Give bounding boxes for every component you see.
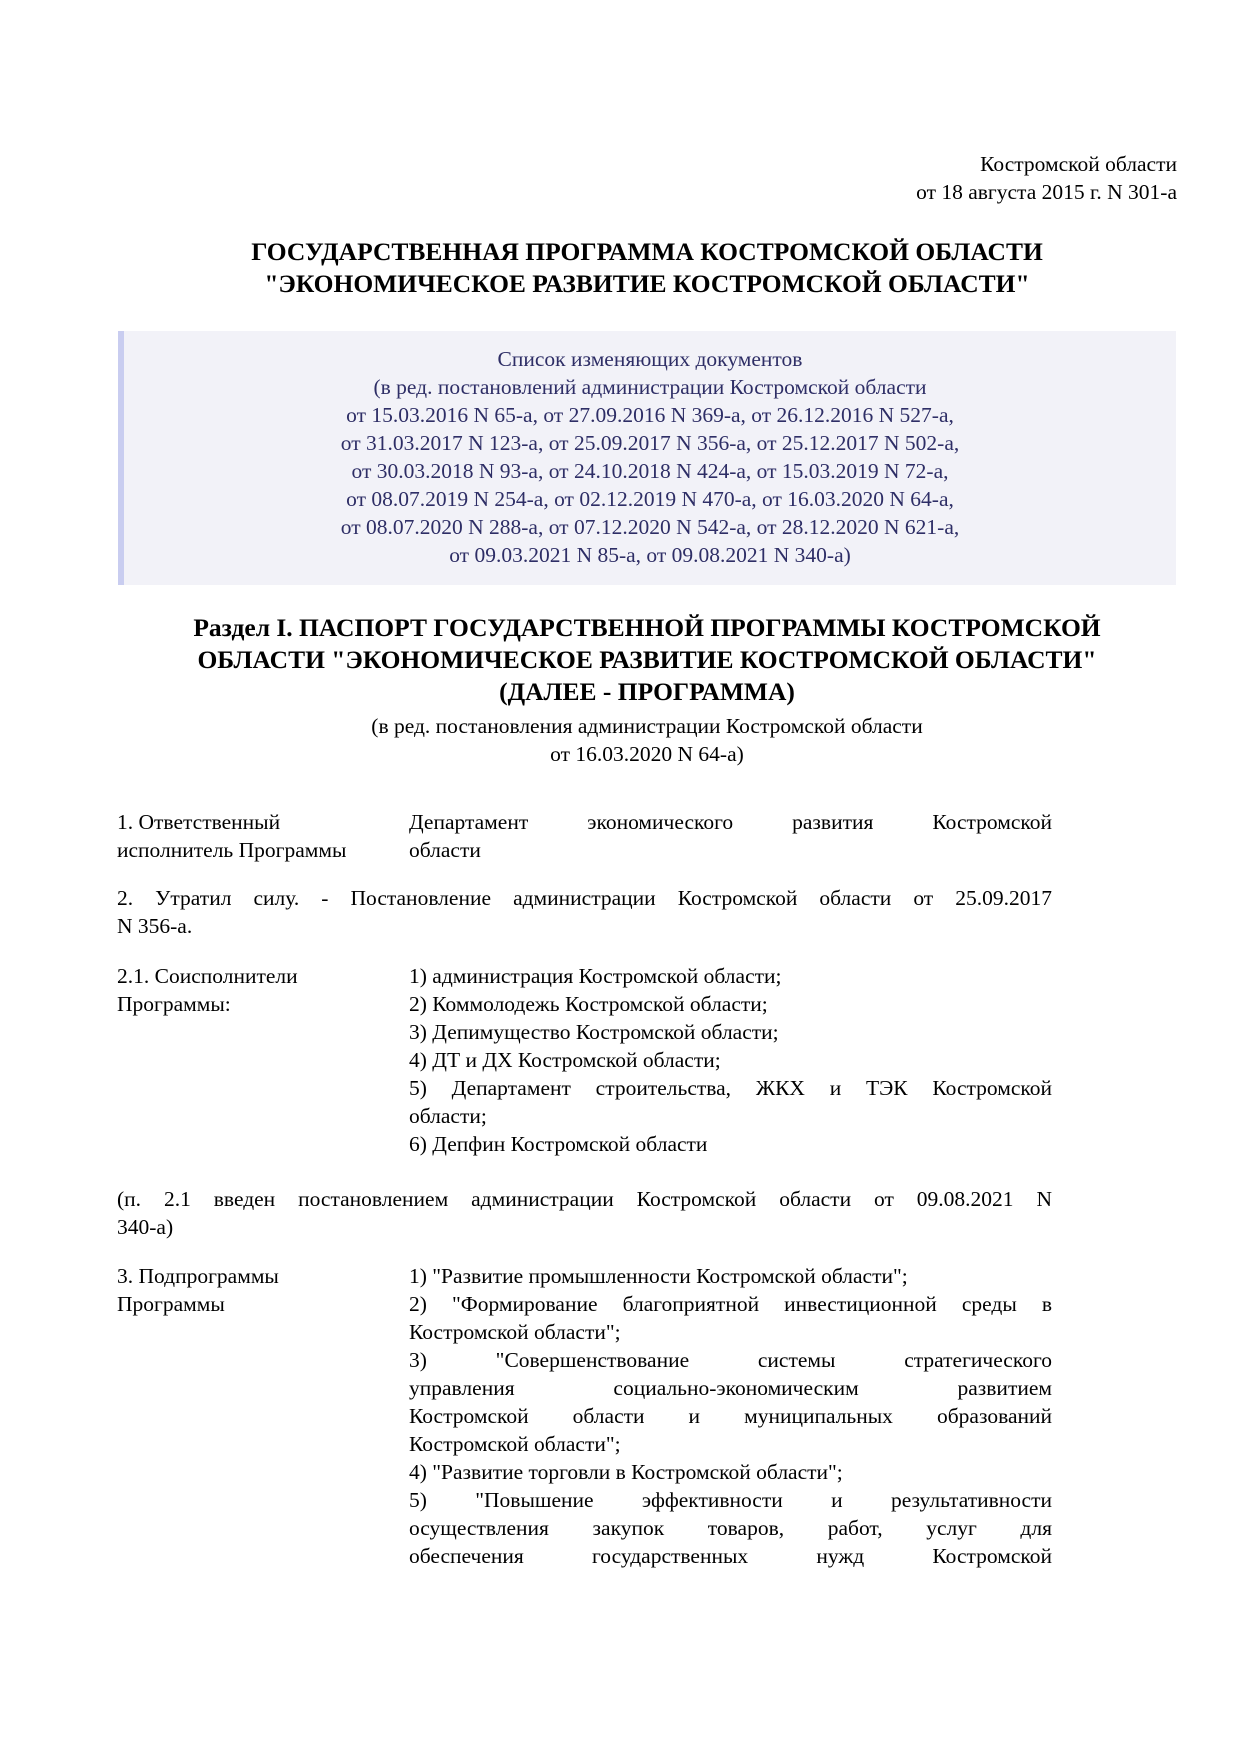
value-line: 5) Департамент строительства, ЖКХ и ТЭК …	[409, 1074, 1052, 1102]
item-label: 2.1. Соисполнители Программы:	[117, 962, 407, 1018]
label-line: 3. Подпрограммы	[117, 1262, 407, 1290]
changes-line: от 09.03.2021 N 85-а, от 09.08.2021 N 34…	[124, 541, 1176, 569]
value-line: 2) "Формирование благоприятной инвестици…	[409, 1290, 1052, 1318]
note-line: (п. 2.1 введен постановлением администра…	[117, 1185, 1052, 1213]
value-line: управления социально-экономическим разви…	[409, 1374, 1052, 1402]
value-line: 5) "Повышение эффективности и результати…	[409, 1486, 1052, 1514]
changes-line: от 15.03.2016 N 65-а, от 27.09.2016 N 36…	[124, 401, 1176, 429]
value-line: области;	[409, 1102, 1052, 1130]
changes-line: от 08.07.2019 N 254-а, от 02.12.2019 N 4…	[124, 485, 1176, 513]
item-2-1-note: (п. 2.1 введен постановлением администра…	[117, 1185, 1052, 1241]
value-line: 4) "Развитие торговли в Костромской обла…	[409, 1458, 1052, 1486]
changes-line: от 30.03.2018 N 93-а, от 24.10.2018 N 42…	[124, 457, 1176, 485]
value-line: обеспечения государственных нужд Костром…	[409, 1542, 1052, 1570]
value-line: Костромской области";	[409, 1430, 1052, 1458]
value-line: области	[409, 836, 1052, 864]
item-value: 1) "Развитие промышленности Костромской …	[409, 1262, 1052, 1570]
value-line: Департамент экономического развития Кост…	[409, 808, 1052, 836]
section-title: Раздел I. ПАСПОРТ ГОСУДАРСТВЕННОЙ ПРОГРА…	[117, 612, 1177, 708]
document-header: Костромской области от 18 августа 2015 г…	[916, 150, 1177, 206]
section-title-line: Раздел I. ПАСПОРТ ГОСУДАРСТВЕННОЙ ПРОГРА…	[117, 612, 1177, 644]
item-label: 1. Ответственный исполнитель Программы	[117, 808, 407, 864]
section-title-line: ОБЛАСТИ "ЭКОНОМИЧЕСКОЕ РАЗВИТИЕ КОСТРОМС…	[117, 644, 1177, 676]
title-line: "ЭКОНОМИЧЕСКОЕ РАЗВИТИЕ КОСТРОМСКОЙ ОБЛА…	[117, 268, 1177, 300]
label-line: Программы:	[117, 990, 407, 1018]
label-line: Программы	[117, 1290, 407, 1318]
item-line: N 356-а.	[117, 912, 1052, 940]
section-sub-line: от 16.03.2020 N 64-а)	[117, 740, 1177, 768]
value-line: 1) администрация Костромской области;	[409, 962, 1052, 990]
note-line: 340-а)	[117, 1213, 1052, 1241]
passport-item-2-repealed: 2. Утратил силу. - Постановление админис…	[117, 884, 1052, 940]
value-line: 6) Депфин Костромской области	[409, 1130, 1052, 1158]
item-label: 3. Подпрограммы Программы	[117, 1262, 407, 1318]
program-title: ГОСУДАРСТВЕННАЯ ПРОГРАММА КОСТРОМСКОЙ ОБ…	[117, 236, 1177, 300]
header-line: Костромской области	[916, 150, 1177, 178]
item-value: 1) администрация Костромской области; 2)…	[409, 962, 1052, 1158]
value-line: 3) "Совершенствование системы стратегиче…	[409, 1346, 1052, 1374]
value-line: 2) Коммолодежь Костромской области;	[409, 990, 1052, 1018]
changes-line: от 31.03.2017 N 123-а, от 25.09.2017 N 3…	[124, 429, 1176, 457]
section-amendment-note: (в ред. постановления администрации Кост…	[117, 712, 1177, 768]
section-sub-line: (в ред. постановления администрации Кост…	[117, 712, 1177, 740]
header-line: от 18 августа 2015 г. N 301-а	[916, 178, 1177, 206]
label-line: 1. Ответственный	[117, 808, 407, 836]
section-title-line: (ДАЛЕЕ - ПРОГРАММА)	[117, 676, 1177, 708]
changes-line: от 08.07.2020 N 288-а, от 07.12.2020 N 5…	[124, 513, 1176, 541]
amending-documents-box: Список изменяющих документов (в ред. пос…	[118, 331, 1176, 585]
value-line: 4) ДТ и ДХ Костромской области;	[409, 1046, 1052, 1074]
item-line: 2. Утратил силу. - Постановление админис…	[117, 884, 1052, 912]
value-line: 3) Депимущество Костромской области;	[409, 1018, 1052, 1046]
label-line: исполнитель Программы	[117, 836, 407, 864]
changes-heading: Список изменяющих документов	[124, 345, 1176, 373]
value-line: 1) "Развитие промышленности Костромской …	[409, 1262, 1052, 1290]
value-line: Костромской области и муниципальных обра…	[409, 1402, 1052, 1430]
value-line: Костромской области";	[409, 1318, 1052, 1346]
changes-line: (в ред. постановлений администрации Кост…	[124, 373, 1176, 401]
value-line: осуществления закупок товаров, работ, ус…	[409, 1514, 1052, 1542]
item-value: Департамент экономического развития Кост…	[409, 808, 1052, 864]
title-line: ГОСУДАРСТВЕННАЯ ПРОГРАММА КОСТРОМСКОЙ ОБ…	[117, 236, 1177, 268]
label-line: 2.1. Соисполнители	[117, 962, 407, 990]
